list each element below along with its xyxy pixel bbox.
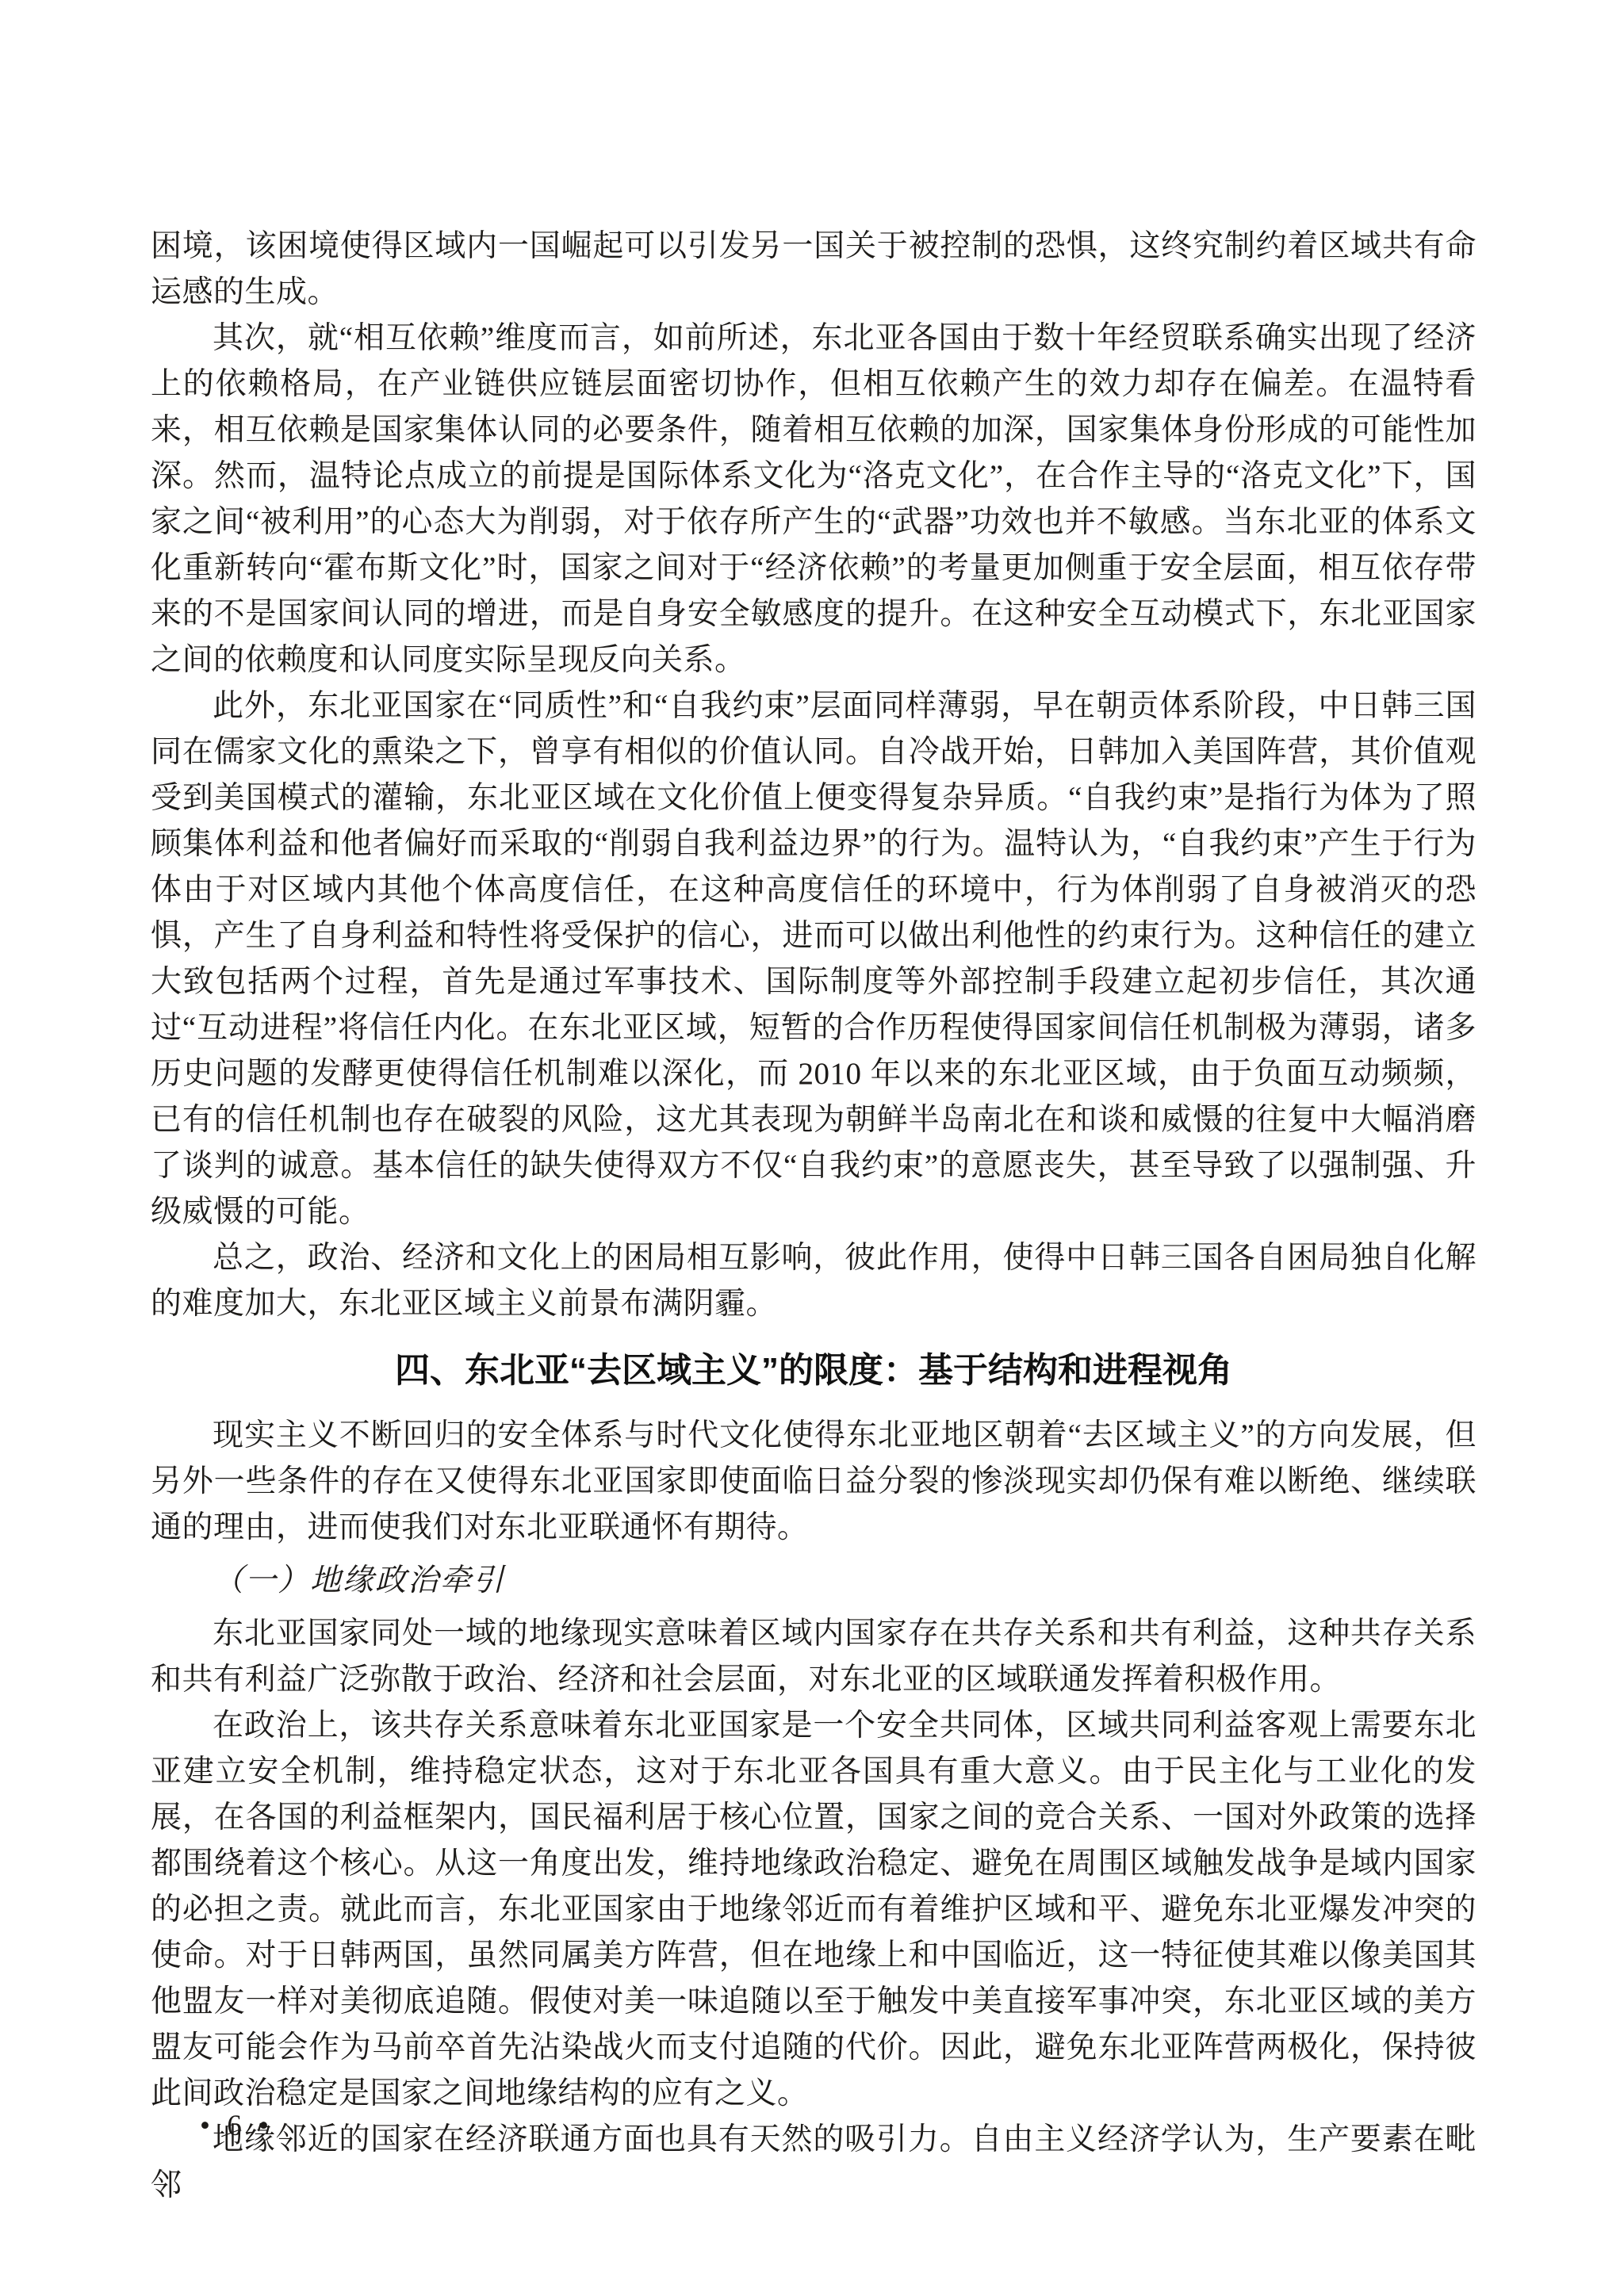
paragraph: 其次，就“相互依赖”维度而言，如前所述，东北亚各国由于数十年经贸联系确实出现了经… — [151, 316, 1477, 683]
text-column: 困境，该困境使得区域内一国崛起可以引发另一国关于被控制的恐惧，这终究制约着区域共… — [151, 224, 1477, 2209]
paragraph: 此外，东北亚国家在“同质性”和“自我约束”层面同样薄弱，早在朝贡体系阶段，中日韩… — [151, 683, 1477, 1235]
paragraph-continued: 困境，该困境使得区域内一国崛起可以引发另一国关于被控制的恐惧，这终究制约着区域共… — [151, 224, 1477, 316]
section-heading: 四、东北亚“去区域主义”的限度：基于结构和进程视角 — [151, 1346, 1477, 1395]
paragraph: 地缘邻近的国家在经济联通方面也具有天然的吸引力。自由主义经济学认为，生产要素在毗… — [151, 2117, 1477, 2209]
subsection-heading: （一）地缘政治牵引 — [151, 1557, 1477, 1605]
paragraph: 在政治上，该共存关系意味着东北亚国家是一个安全共同体，区域共同利益客观上需要东北… — [151, 1703, 1477, 2117]
paper-page: 困境，该困境使得区域内一国崛起可以引发另一国关于被控制的恐惧，这终究制约着区域共… — [0, 0, 1624, 2296]
paragraph: 总之，政治、经济和文化上的困局相互影响，彼此作用，使得中日韩三国各自困局独自化解… — [151, 1235, 1477, 1327]
page-number: • 6 • — [200, 2110, 274, 2142]
paragraph: 东北亚国家同处一域的地缘现实意味着区域内国家存在共存关系和共有利益，这种共存关系… — [151, 1611, 1477, 1703]
paragraph: 现实主义不断回归的安全体系与时代文化使得东北亚地区朝着“去区域主义”的方向发展，… — [151, 1413, 1477, 1551]
